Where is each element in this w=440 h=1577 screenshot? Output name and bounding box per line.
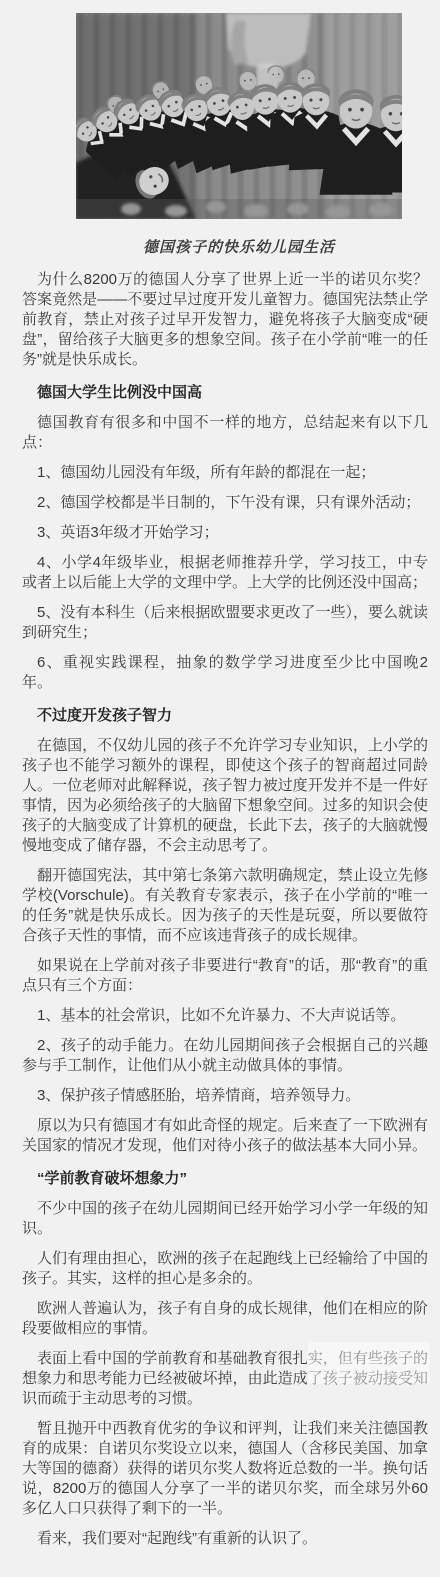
paragraph: 德国教育有很多和中国不一样的地方，总结起来有以下几点： — [22, 413, 428, 453]
paragraph: 在德国，不仅幼儿园的孩子不允许学习专业知识，上小学的孩子也不能学习额外的课程，即… — [22, 736, 428, 856]
section-heading: 德国大学生比例没中国高 — [22, 383, 428, 403]
article-photo — [76, 13, 402, 219]
paragraph: 欧洲人普遍认为，孩子有自身的成长规律，他们在相应的阶段要做相应的事情。 — [22, 1299, 428, 1339]
list-item: 3、英语3年级才开始学习； — [22, 523, 428, 543]
kindergarten-children-photo-illustration — [76, 13, 402, 219]
paragraph: 翻开德国宪法，其中第七条第六款明确规定，禁止设立先修学校(Vorschule)。… — [22, 866, 428, 946]
paragraph: 如果说在上学前对孩子非要进行“教育”的话，那“教育”的重点只有三个方面： — [22, 956, 428, 996]
paragraph: 表面上看中国的学前教育和基础教育很扎实，但有些孩子的想象力和思考能力已经被破坏掉… — [22, 1349, 428, 1409]
section-heading: 不过度开发孩子智力 — [22, 706, 428, 726]
list-item: 6、重视实践课程，抽象的数学学习进度至少比中国晚2年。 — [22, 653, 428, 693]
article-body: 德国孩子的快乐幼儿园生活 为什么8200万的德国人分享了世界上近一半的诺贝尔奖？… — [0, 13, 440, 1577]
paragraph: 看来，我们要对“起跑线”有重新的认识了。 — [22, 1529, 428, 1549]
paragraph: 人们有理由担心，欧洲的孩子在起跑线上已经输给了中国的孩子。其实，这样的担心是多余… — [22, 1249, 428, 1289]
list-item: 1、德国幼儿园没有年级，所有年龄的都混在一起； — [22, 463, 428, 483]
photo-caption: 德国孩子的快乐幼儿园生活 — [76, 236, 402, 257]
list-item: 3、保护孩子情感胚胎，培养情商，培养领导力。 — [22, 1086, 428, 1106]
article-page: { "colors": { "background": "#f1f1f1", "… — [0, 0, 440, 1577]
list-item: 4、小学4年级毕业，根据老师推荐升学，学习技工，中专或者上以后能上大学的文理中学… — [22, 553, 428, 593]
list-item: 5、没有本科生（后来根据欧盟要求更改了一些），要么就读到研究生； — [22, 603, 428, 643]
list-item: 2、德国学校都是半日制的，下午没有课，只有课外活动； — [22, 493, 428, 513]
section-heading: “学前教育破坏想象力” — [22, 1169, 428, 1189]
paragraph: 不少中国的孩子在幼儿园期间已经开始学习小学一年级的知识。 — [22, 1199, 428, 1239]
paragraph: 暂且抛开中西教育优劣的争议和评判，让我们来关注德国教育的成果：自诺贝尔奖设立以来… — [22, 1419, 428, 1519]
list-item: 2、孩子的动手能力。在幼儿园期间孩子会根据自己的兴趣参与手工制作，让他们从小就主… — [22, 1036, 428, 1076]
paragraph: 为什么8200万的德国人分享了世界上近一半的诺贝尔奖？答案竟然是——不要过早过度… — [22, 270, 428, 370]
list-item: 1、基本的社会常识，比如不允许暴力、不大声说话等。 — [22, 1006, 428, 1026]
paragraph: 原以为只有德国才有如此奇怪的规定。后来查了一下欧洲有关国家的情况才发现，他们对待… — [22, 1116, 428, 1156]
